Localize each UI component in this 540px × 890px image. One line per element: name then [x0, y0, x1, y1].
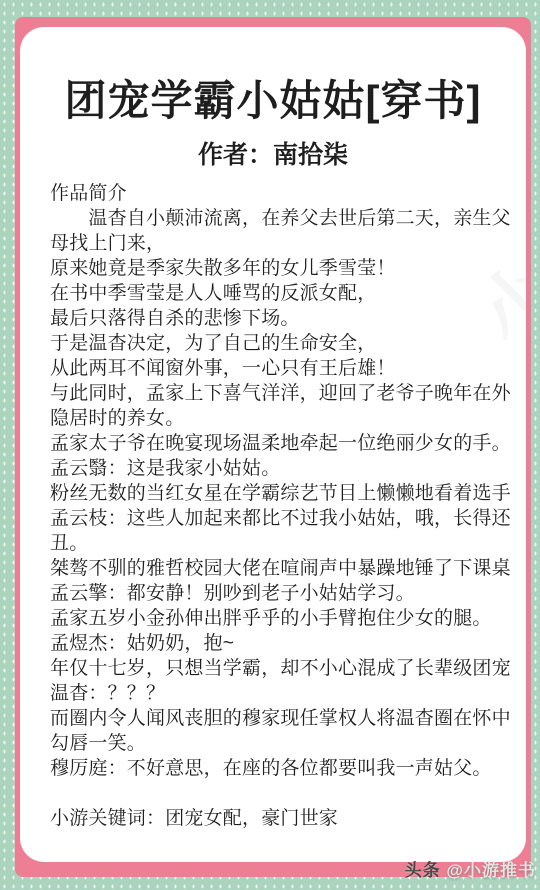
credit-handle-label: @小游推书 [446, 861, 536, 880]
intro-line: 小游关键词：团宠女配，豪门世家 [50, 806, 518, 831]
book-title: 团宠学霸小姑姑[穿书] [20, 75, 526, 127]
book-author: 作者：南拾柒 [20, 139, 526, 171]
intro-line: 温杳自小颠沛流离，在养父去世后第二天，亲生父 [50, 206, 518, 231]
intro-line: 年仅十七岁，只想当学霸，却不小心混成了长辈级团宠 [50, 656, 518, 681]
intro-line: 孟云擎：都安静！别吵到老子小姑姑学习。 [50, 581, 518, 606]
intro-line: 孟云枝：这些人加起来都比不过我小姑姑，哦，长得还 [50, 506, 518, 531]
intro-line: 丑。 [50, 531, 518, 556]
intro-line: 从此两耳不闻窗外事，一心只有王后雄！ [50, 356, 518, 381]
intro-line: 与此同时，孟家上下喜气洋洋，迎回了老爷子晚年在外 [50, 381, 518, 406]
intro-line: 母找上门来， [50, 231, 518, 256]
intro-line: 在书中季雪莹是人人唾骂的反派女配， [50, 281, 518, 306]
post-canvas: 小游推书 团宠学霸小姑姑[穿书] 作者：南拾柒 作品简介 温杳自小颠沛流离，在养… [0, 0, 540, 890]
intro-line: 孟家五岁小金孙伸出胖乎乎的小手臂抱住少女的腿。 [50, 606, 518, 631]
credit-source-label: 头条 [405, 861, 441, 880]
intro-line: 孟云翳：这是我家小姑姑。 [50, 456, 518, 481]
intro-line: 最后只落得自杀的悲惨下场。 [50, 306, 518, 331]
intro-line [50, 781, 518, 806]
book-intro-text: 作品简介 温杳自小颠沛流离，在养父去世后第二天，亲生父母找上门来，原来她竟是季家… [20, 181, 526, 831]
intro-line: 穆厉庭：不好意思，在座的各位都要叫我一声姑父。 [50, 756, 518, 781]
intro-line: 温杳：？？？ [50, 681, 518, 706]
intro-line: 原来她竟是季家失散多年的女儿季雪莹！ [50, 256, 518, 281]
intro-line: 孟煜杰：姑奶奶，抱~ [50, 631, 518, 656]
intro-line: 于是温杳决定，为了自己的生命安全， [50, 331, 518, 356]
content-card: 小游推书 团宠学霸小姑姑[穿书] 作者：南拾柒 作品简介 温杳自小颠沛流离，在养… [20, 27, 526, 862]
intro-line: 孟家太子爷在晚宴现场温柔地牵起一位绝丽少女的手。 [50, 431, 518, 456]
intro-line: 隐居时的养女。 [50, 406, 518, 431]
intro-line: 桀骜不驯的雅哲校园大佬在喧闹声中暴躁地锤了下课桌 [50, 556, 518, 581]
intro-line: 作品简介 [50, 181, 518, 206]
intro-line: 而圈内令人闻风丧胆的穆家现任掌权人将温杳圈在怀中 [50, 706, 518, 731]
intro-line: 勾唇一笑。 [50, 731, 518, 756]
toutiao-credit: 头条 @小游推书 [405, 856, 536, 881]
intro-line: 粉丝无数的当红女星在学霸综艺节目上懒懒地看着选手 [50, 481, 518, 506]
